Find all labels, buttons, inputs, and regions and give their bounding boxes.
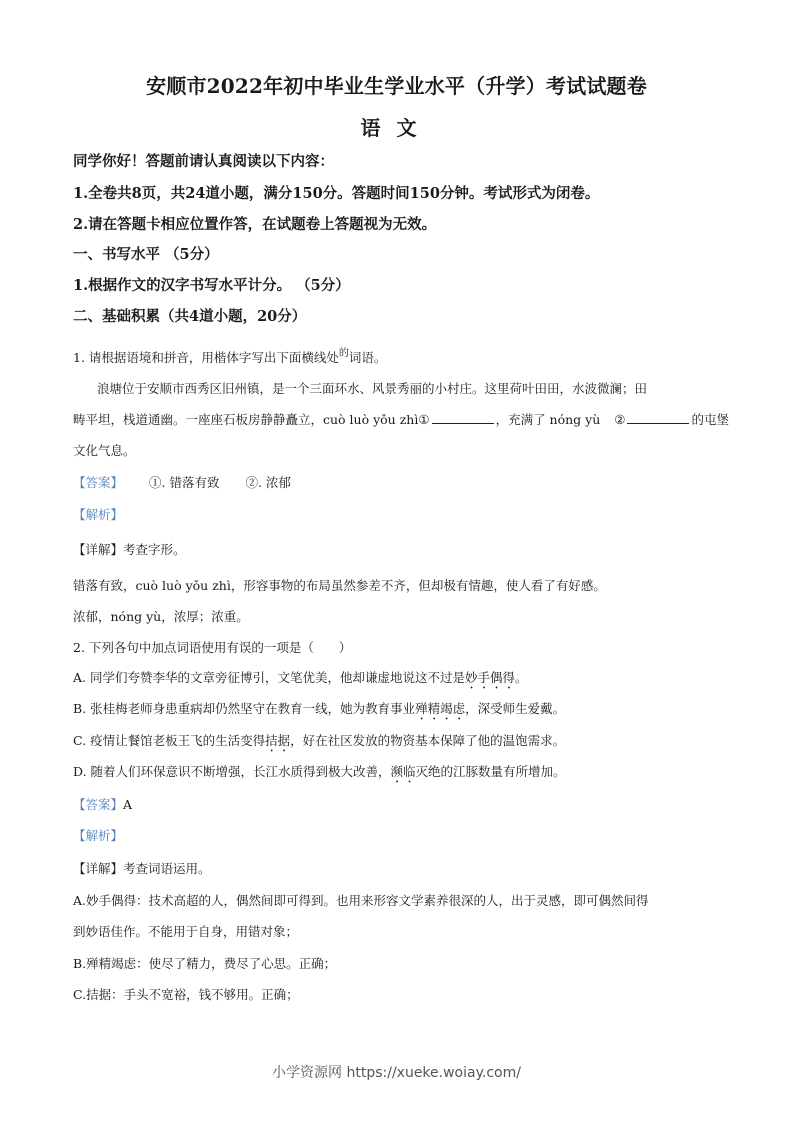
q2-option-a: A. 同学们夸赞李华的文章旁征博引，文笔优美，他却谦虚地说这不过是妙手偶得。 [73,668,528,692]
exam-title: 安顺市2022年初中毕业生学业水平（升学）考试试题卷 [0,70,793,99]
q2-answer: 【答案】A [73,795,132,813]
blank-2 [627,411,689,424]
dotted-term: 殚精竭虑 [415,701,465,716]
option-text: 。 [515,670,528,685]
option-text: B. 张桂梅老师身患重病却仍然坚守在教育一线，她为教育事业 [73,701,415,716]
q1-answer-1: ①. 错落有致 [149,475,219,490]
q2-explanation-c: C.拮据：手头不宽裕，钱不够用。正确； [73,985,299,1003]
q2-option-d: D. 随着人们环保意识不断增强，长江水质得到极大改善，濒临灭绝的江豚数量有所增加… [73,762,566,786]
footer-watermark: 小学资源网 https://xueke.woiay.com/ [0,1062,793,1082]
q2-explanation-a-1: A.妙手偶得：技术高超的人，偶然间即可得到。也用来形容文学素养很深的人，出于灵感… [73,891,649,909]
q1-answer: 【答案】①. 错落有致②. 浓郁 [73,473,291,491]
q2-answer-value: A [123,797,132,812]
blank-1 [432,411,494,424]
q2-detail: 【详解】考查词语运用。 [73,859,211,877]
q1-explanation-2: 浓郁，nóng yù，浓厚；浓重。 [73,607,249,625]
answer-label: 【答案】 [73,475,123,490]
option-text: ，好在社区发放的物资基本保障了他的温饱需求。 [290,733,565,748]
q2-explanation-b: B.殚精竭虑：使尽了精力，费尽了心思。正确； [73,954,336,972]
subject-label: 语文 [361,116,433,140]
dotted-term: 妙手偶得 [465,670,515,685]
q2-option-b: B. 张桂梅老师身患重病却仍然坚守在教育一线，她为教育事业殚精竭虑，深受师生爱戴… [73,699,565,723]
instruction-item-2: 2.请在答题卡相应位置作答，在试题卷上答题视为无效。 [73,213,436,234]
answer-label: 【答案】 [73,797,123,812]
option-text: C. 疫情让餐馆老板王飞的生活变得 [73,733,265,748]
dotted-term: 濒临 [391,764,416,779]
q1-detail: 【详解】考查字形。 [73,540,186,558]
q1-passage-line-3: 文化气息。 [73,441,136,459]
q2-detail-text: 考查词语运用。 [123,861,211,876]
q1-explanation-1: 错落有致，cuò luò yǒu zhì，形容事物的布局虽然参差不齐，但却极有情… [73,576,606,594]
q1-answer-2: ②. 浓郁 [245,475,290,490]
q1-detail-text: 考查字形。 [123,542,186,557]
q1-passage-line-2: 畴平坦，栈道通幽。一座座石板房静静矗立，cuò luò yǒu zhì①，充满了… [73,410,729,428]
option-text: D. 随着人们环保意识不断增强，长江水质得到极大改善， [73,764,391,779]
instruction-item-1: 1.全卷共8页，共24道小题，满分150分。答题时间150分钟。考试形式为闭卷。 [73,182,599,203]
q2-explanation-a-2: 到妙语佳作。不能用于自身，用错对象； [73,922,298,940]
q1-passage-text-d: 的屯堡 [691,412,729,427]
q2-prompt: 2. 下列各句中加点词语使用有误的一项是（ ） [73,638,351,656]
q1-passage-text-b: ，充满了 nóng yù [496,412,605,427]
dotted-term: 拮据 [265,733,290,748]
q1-prompt: 1. 请根据语境和拼音，用楷体字写出下面横线处的词语。 [73,344,386,366]
exam-page: 安顺市2022年初中毕业生学业水平（升学）考试试题卷 语文 同学你好！答题前请认… [0,0,793,1122]
option-text: 灭绝的江豚数量有所增加。 [416,764,566,779]
option-text: ，深受师生爱戴。 [465,701,565,716]
section-1-item: 1.根据作文的汉字书写水平计分。 （5分） [73,274,350,295]
detail-label: 【详解】 [73,542,123,557]
q1-prompt-sup: 的 [339,348,349,359]
instructions-greeting: 同学你好！答题前请认真阅读以下内容： [73,150,334,171]
option-text: A. 同学们夸赞李华的文章旁征博引，文笔优美，他却谦虚地说这不过是 [73,670,465,685]
detail-label: 【详解】 [73,861,123,876]
q2-analysis-label: 【解析】 [73,826,123,844]
q1-passage-text-a: 畴平坦，栈道通幽。一座座石板房静静矗立，cuò luò yǒu zhì① [73,412,430,427]
q1-passage-text-c: ② [614,412,625,427]
q1-prompt-text: 1. 请根据语境和拼音，用楷体字写出下面横线处 [73,350,339,365]
q1-prompt-tail: 词语。 [349,350,387,365]
subject-title: 语文 [0,112,793,141]
section-2-heading: 二、基础积累（共4道小题，20分） [73,305,306,326]
section-1-heading: 一、书写水平 （5分） [73,243,219,264]
q2-option-c: C. 疫情让餐馆老板王飞的生活变得拮据，好在社区发放的物资基本保障了他的温饱需求… [73,731,565,755]
q1-analysis-label: 【解析】 [73,505,123,523]
q1-passage-line-1: 浪塘位于安顺市西秀区旧州镇，是一个三面环水、风景秀丽的小村庄。这里荷叶田田，水波… [97,379,647,397]
